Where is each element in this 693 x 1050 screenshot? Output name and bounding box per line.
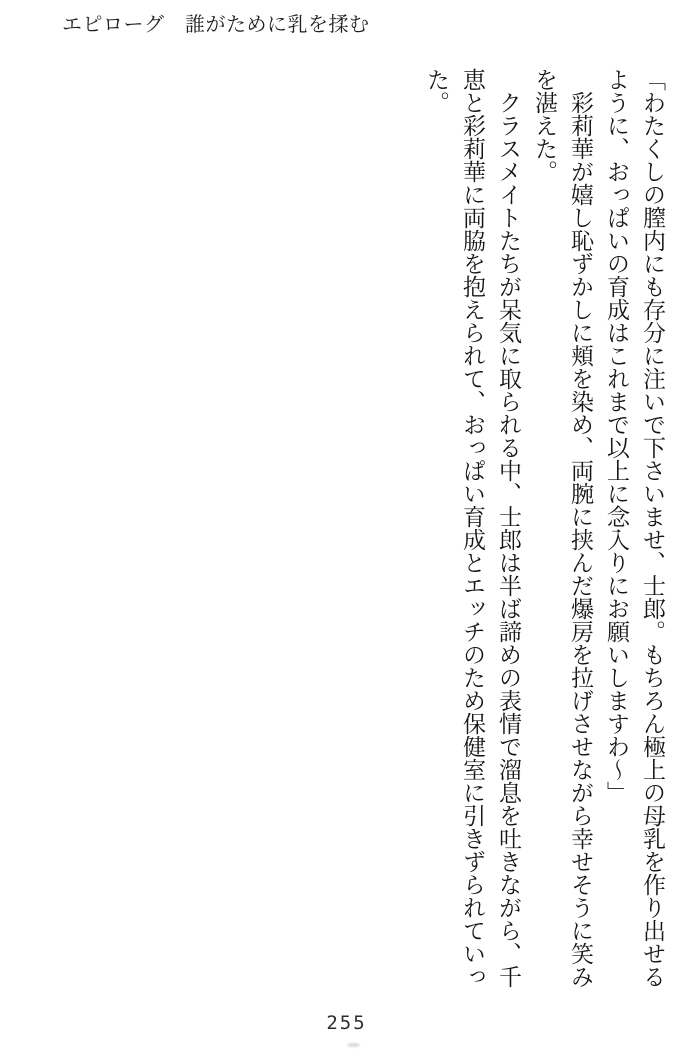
page-number: 255 <box>326 1012 366 1034</box>
text-column: ように、おっぱいの育成はこれまで以上に念入りにお願いしますわ～」 <box>598 68 634 992</box>
text-column: クラスメイトたちが呆気に取られる中、士郎は半ば諦めの表情で溜息を吐きながら、千 <box>490 68 526 992</box>
text-column: 「わたくしの膣内にも存分に注いで下さいませ、士郎。もちろん極上の母乳を作り出せる <box>634 68 670 992</box>
text-column: 恵と彩莉華に両脇を抱えられて、おっぱい育成とエッチのため保健室に引きずられていっ <box>454 68 490 992</box>
scan-smudge <box>347 1043 360 1047</box>
text-column: 彩莉華が嬉し恥ずかしに頬を染め、両腕に挟んだ爆房を拉げさせながら幸せそうに笑み <box>562 68 598 992</box>
text-column: を湛えた。 <box>526 68 562 992</box>
book-page: エピローグ 誰がために乳を揉む 「わたくしの膣内にも存分に注いで下さいませ、士郎… <box>0 0 693 1050</box>
running-head: エピローグ 誰がために乳を揉む <box>62 8 370 37</box>
page-footer: 255 <box>0 1012 693 1034</box>
body-text: 「わたくしの膣内にも存分に注いで下さいませ、士郎。もちろん極上の母乳を作り出せる… <box>418 68 670 992</box>
text-column: た。 <box>418 68 454 992</box>
